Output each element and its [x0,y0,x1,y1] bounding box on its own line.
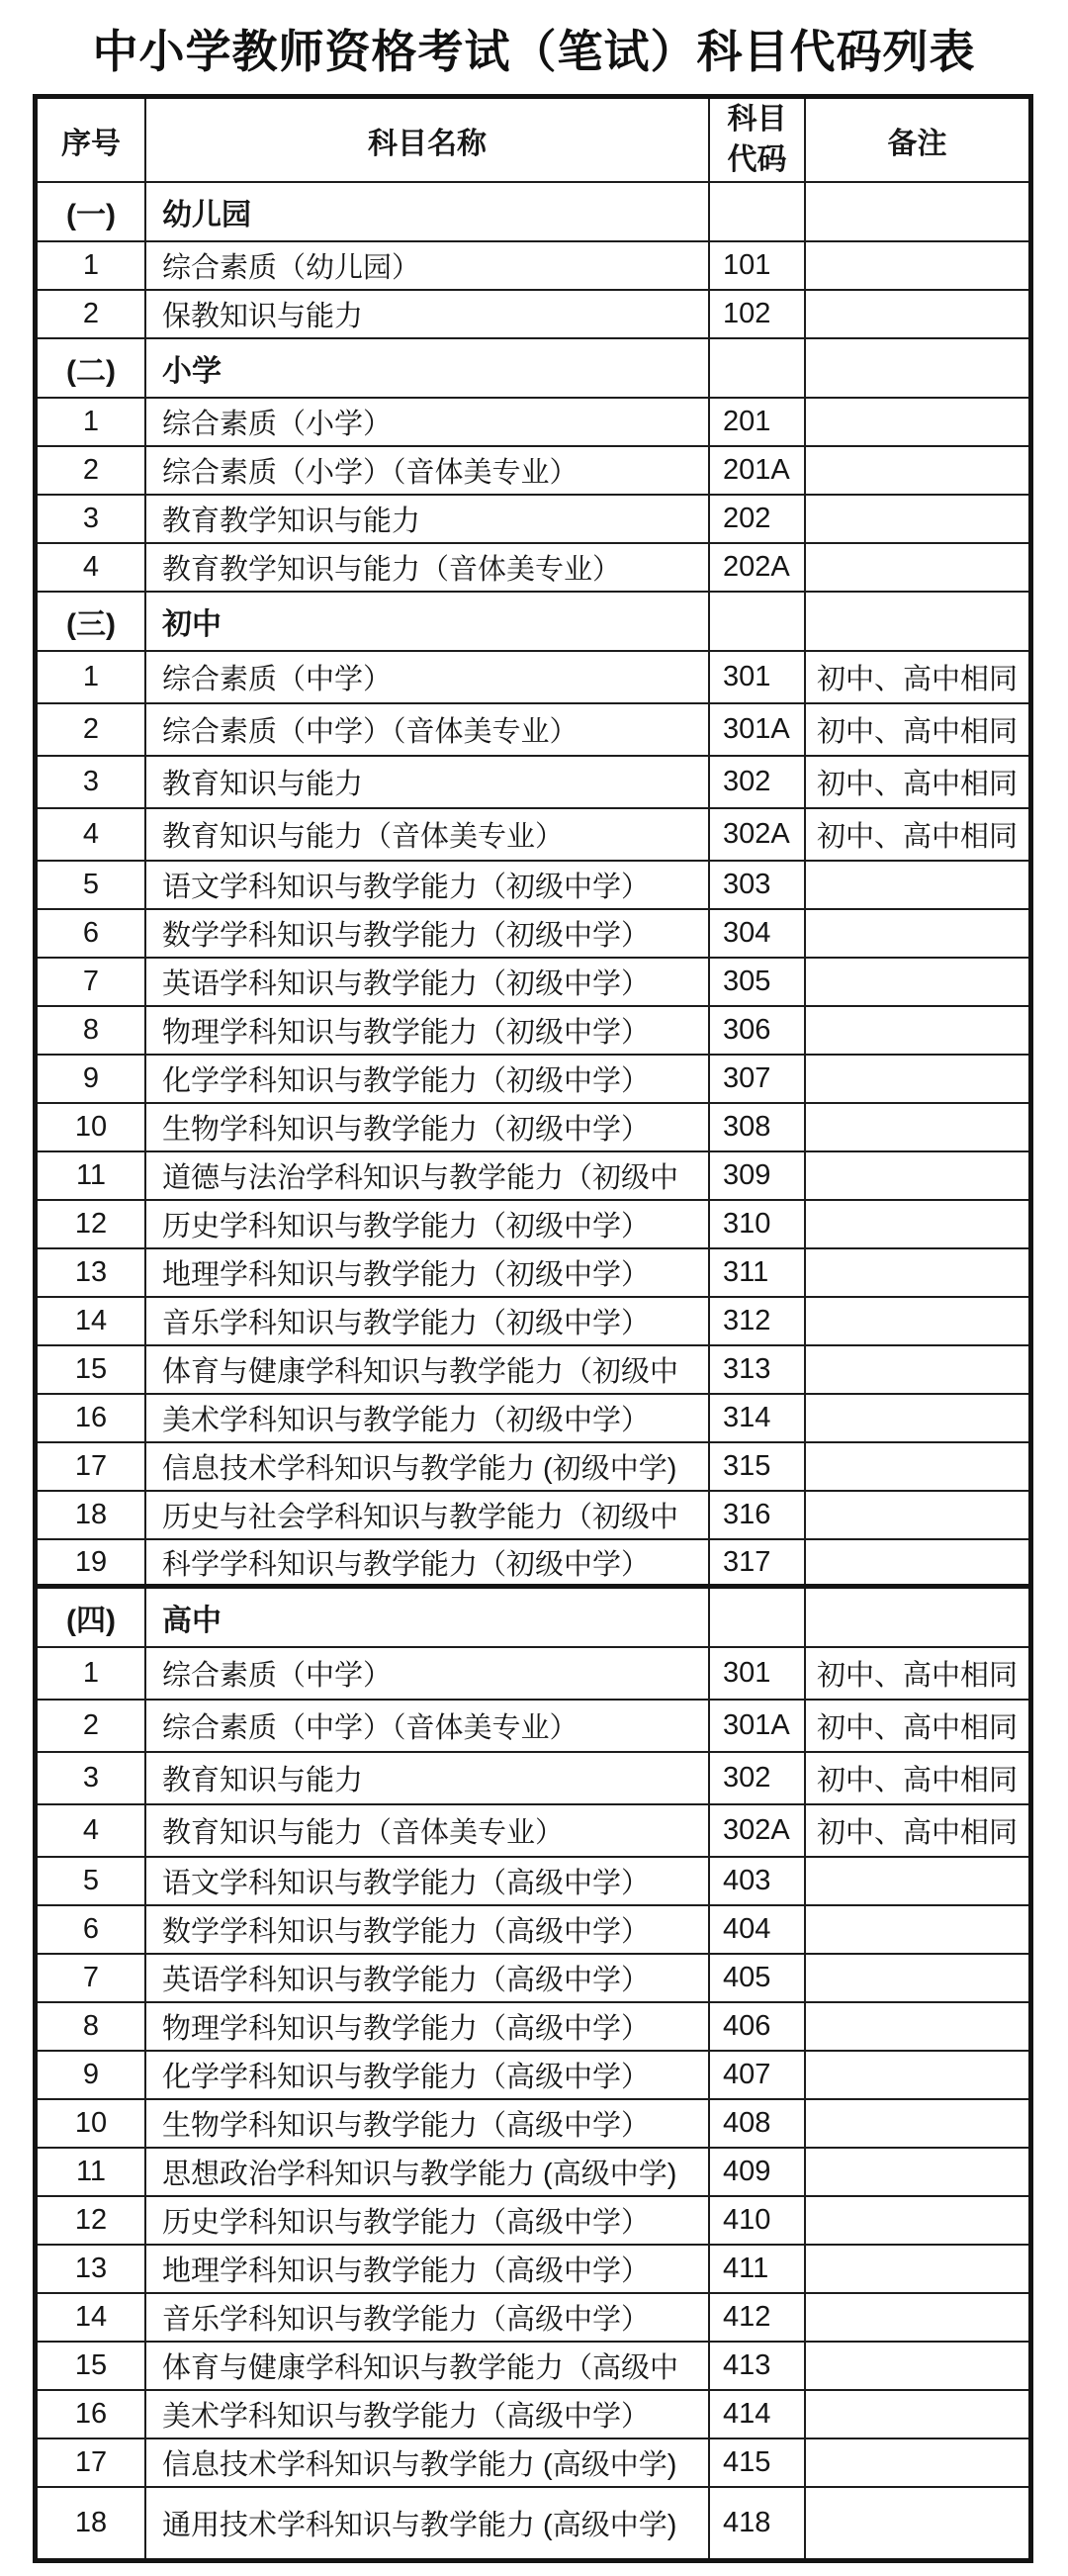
cell-remark: 初中、高中相同 [806,757,1028,807]
table-row: 13地理学科知识与教学能力（初级中学）311 [38,1249,1028,1298]
cell-subject-code: 418 [710,2488,806,2558]
cell-remark [806,1201,1028,1247]
cell-remark [806,291,1028,337]
cell-subject-code [710,339,806,397]
cell-remark [806,2197,1028,2244]
cell-no: 17 [38,1443,146,1490]
cell-subject-code: 404 [710,1906,806,1953]
cell-remark [806,496,1028,542]
table-row: 10生物学科知识与教学能力（高级中学）408 [38,2100,1028,2149]
cell-remark: 初中、高中相同 [806,1648,1028,1699]
cell-no: 5 [38,1858,146,1904]
table-row: 4教育知识与能力（音体美专业）302A初中、高中相同 [38,809,1028,862]
cell-subject-code: 311 [710,1249,806,1296]
cell-subject-name: 地理学科知识与教学能力（初级中学） [146,1249,710,1296]
cell-no: 2 [38,447,146,494]
cell-subject-name: 初中 [146,593,710,650]
cell-remark [806,2246,1028,2292]
cell-remark: 初中、高中相同 [806,704,1028,755]
table-row: 16美术学科知识与教学能力（高级中学）414 [38,2391,1028,2439]
table-row: 10生物学科知识与教学能力（初级中学）308 [38,1104,1028,1152]
cell-no: 11 [38,1152,146,1199]
cell-subject-code: 101 [710,242,806,289]
cell-subject-code: 301 [710,652,806,702]
page-title: 中小学教师资格考试（笔试）科目代码列表 [0,0,1068,81]
cell-remark: 初中、高中相同 [806,1753,1028,1803]
cell-subject-name: 通用技术学科知识与教学能力 (高级中学) [146,2488,710,2558]
cell-subject-name: 化学学科知识与教学能力（高级中学） [146,2052,710,2098]
cell-remark [806,1492,1028,1538]
cell-subject-code: 301A [710,1701,806,1751]
section-row: (一)幼儿园 [38,183,1028,242]
cell-subject-code: 410 [710,2197,806,2244]
table-row: 19科学学科知识与教学能力（初级中学）317 [38,1540,1028,1589]
cell-remark [806,2003,1028,2050]
cell-subject-name: 教育知识与能力（音体美专业） [146,1805,710,1856]
cell-subject-name: 历史与社会学科知识与教学能力（初级中 [146,1492,710,1538]
table-row: 11道德与法治学科知识与教学能力（初级中309 [38,1152,1028,1201]
cell-subject-code: 316 [710,1492,806,1538]
cell-subject-code: 312 [710,1298,806,1344]
cell-subject-code [710,593,806,650]
cell-no: 2 [38,291,146,337]
cell-subject-code: 415 [710,2439,806,2486]
cell-no: 18 [38,1492,146,1538]
cell-subject-code: 302A [710,1805,806,1856]
cell-no: 3 [38,757,146,807]
cell-subject-name: 数学学科知识与教学能力（初级中学） [146,910,710,957]
subject-code-table: 序号 科目名称 科目 代码 备注 (一)幼儿园1综合素质（幼儿园）1012保教知… [33,94,1033,2563]
cell-subject-code: 313 [710,1346,806,1393]
table-row: 18历史与社会学科知识与教学能力（初级中316 [38,1492,1028,1540]
cell-subject-code: 406 [710,2003,806,2050]
cell-subject-name: 综合素质（幼儿园） [146,242,710,289]
cell-subject-code: 306 [710,1007,806,1054]
cell-remark [806,183,1028,240]
cell-no: 8 [38,1007,146,1054]
cell-remark [806,2052,1028,2098]
table-row: 2综合素质（小学）（音体美专业）201A [38,447,1028,496]
cell-subject-code: 202 [710,496,806,542]
cell-no: 6 [38,910,146,957]
cell-subject-code: 315 [710,1443,806,1490]
cell-subject-name: 综合素质（中学）（音体美专业） [146,704,710,755]
cell-remark [806,1056,1028,1102]
table-row: 12历史学科知识与教学能力（高级中学）410 [38,2197,1028,2246]
table-row: 8物理学科知识与教学能力（初级中学）306 [38,1007,1028,1056]
cell-subject-code: 302A [710,809,806,860]
cell-remark [806,1906,1028,1953]
cell-subject-name: 教育知识与能力 [146,1753,710,1803]
cell-remark [806,1249,1028,1296]
table-row: 5语文学科知识与教学能力（高级中学）403 [38,1858,1028,1906]
cell-subject-code: 413 [710,2343,806,2389]
cell-subject-name: 地理学科知识与教学能力（高级中学） [146,2246,710,2292]
cell-no: 3 [38,496,146,542]
table-row: 17信息技术学科知识与教学能力 (高级中学)415 [38,2439,1028,2488]
cell-subject-name: 信息技术学科知识与教学能力 (高级中学) [146,2439,710,2486]
cell-remark [806,1152,1028,1199]
cell-subject-code: 317 [710,1540,806,1584]
cell-remark [806,2294,1028,2341]
table-row: 3教育知识与能力302初中、高中相同 [38,757,1028,809]
cell-remark: 初中、高中相同 [806,652,1028,702]
cell-no: 4 [38,809,146,860]
table-row: 2综合素质（中学）（音体美专业）301A初中、高中相同 [38,704,1028,757]
cell-remark [806,1540,1028,1584]
cell-no: 16 [38,2391,146,2438]
cell-subject-name: 教育知识与能力 [146,757,710,807]
cell-subject-name: 英语学科知识与教学能力（初级中学） [146,959,710,1005]
cell-subject-code: 301 [710,1648,806,1699]
table-row: 9化学学科知识与教学能力（初级中学）307 [38,1056,1028,1104]
header-cell-remark: 备注 [806,99,1028,181]
cell-remark [806,2439,1028,2486]
cell-no: 10 [38,2100,146,2147]
cell-subject-name: 物理学科知识与教学能力（高级中学） [146,2003,710,2050]
table-row: 4教育知识与能力（音体美专业）302A初中、高中相同 [38,1805,1028,1858]
cell-remark [806,1007,1028,1054]
table-row: 7英语学科知识与教学能力（高级中学）405 [38,1955,1028,2003]
cell-subject-name: 保教知识与能力 [146,291,710,337]
table-row: 6数学学科知识与教学能力（高级中学）404 [38,1906,1028,1955]
cell-subject-code: 408 [710,2100,806,2147]
table-body: (一)幼儿园1综合素质（幼儿园）1012保教知识与能力102(二)小学1综合素质… [38,183,1028,2558]
cell-no: 9 [38,1056,146,1102]
table-row: 15体育与健康学科知识与教学能力（高级中413 [38,2343,1028,2391]
cell-subject-code: 304 [710,910,806,957]
cell-remark [806,593,1028,650]
cell-no: 7 [38,959,146,1005]
cell-subject-code: 305 [710,959,806,1005]
cell-subject-code: 202A [710,544,806,591]
cell-subject-name: 综合素质（中学） [146,1648,710,1699]
cell-subject-code: 310 [710,1201,806,1247]
cell-no: (三) [38,593,146,650]
table-row: 16美术学科知识与教学能力（初级中学）314 [38,1395,1028,1443]
cell-subject-name: 科学学科知识与教学能力（初级中学） [146,1540,710,1584]
table-row: 14音乐学科知识与教学能力（高级中学）412 [38,2294,1028,2343]
cell-no: 1 [38,652,146,702]
cell-subject-name: 语文学科知识与教学能力（高级中学） [146,1858,710,1904]
table-row: 11思想政治学科知识与教学能力 (高级中学)409 [38,2149,1028,2197]
cell-subject-code: 414 [710,2391,806,2438]
cell-no: 16 [38,1395,146,1441]
cell-remark [806,2488,1028,2558]
cell-subject-code: 308 [710,1104,806,1150]
header-cell-name: 科目名称 [146,99,710,181]
cell-subject-code: 301A [710,704,806,755]
cell-remark [806,2343,1028,2389]
table-row: 9化学学科知识与教学能力（高级中学）407 [38,2052,1028,2100]
cell-subject-name: 教育知识与能力（音体美专业） [146,809,710,860]
cell-remark: 初中、高中相同 [806,1701,1028,1751]
cell-no: 5 [38,862,146,908]
section-row: (二)小学 [38,339,1028,399]
cell-remark [806,242,1028,289]
table-row: 6数学学科知识与教学能力（初级中学）304 [38,910,1028,959]
cell-subject-name: 教育教学知识与能力（音体美专业） [146,544,710,591]
cell-no: 9 [38,2052,146,2098]
cell-remark [806,2100,1028,2147]
cell-subject-name: 历史学科知识与教学能力（初级中学） [146,1201,710,1247]
cell-no: 6 [38,1906,146,1953]
cell-subject-name: 音乐学科知识与教学能力（初级中学） [146,1298,710,1344]
cell-subject-name: 音乐学科知识与教学能力（高级中学） [146,2294,710,2341]
cell-remark [806,1955,1028,2001]
table-row: 2综合素质（中学）（音体美专业）301A初中、高中相同 [38,1701,1028,1753]
cell-no: 10 [38,1104,146,1150]
table-row: 7英语学科知识与教学能力（初级中学）305 [38,959,1028,1007]
cell-subject-name: 信息技术学科知识与教学能力 (初级中学) [146,1443,710,1490]
cell-subject-name: 语文学科知识与教学能力（初级中学） [146,862,710,908]
cell-no: (一) [38,183,146,240]
cell-no: 19 [38,1540,146,1584]
cell-remark [806,959,1028,1005]
cell-no: 4 [38,544,146,591]
cell-no: 2 [38,1701,146,1751]
cell-remark [806,399,1028,445]
cell-subject-code: 411 [710,2246,806,2292]
table-row: 8物理学科知识与教学能力（高级中学）406 [38,2003,1028,2052]
table-row: 17信息技术学科知识与教学能力 (初级中学)315 [38,1443,1028,1492]
cell-subject-name: 思想政治学科知识与教学能力 (高级中学) [146,2149,710,2195]
cell-subject-name: 生物学科知识与教学能力（初级中学） [146,1104,710,1150]
cell-subject-name: 综合素质（中学）（音体美专业） [146,1701,710,1751]
cell-subject-code: 303 [710,862,806,908]
cell-no: 18 [38,2488,146,2558]
cell-subject-name: 综合素质（中学） [146,652,710,702]
cell-subject-name: 英语学科知识与教学能力（高级中学） [146,1955,710,2001]
table-row: 5语文学科知识与教学能力（初级中学）303 [38,862,1028,910]
cell-remark: 初中、高中相同 [806,1805,1028,1856]
cell-remark [806,1395,1028,1441]
cell-remark: 初中、高中相同 [806,809,1028,860]
cell-subject-name: 美术学科知识与教学能力（高级中学） [146,2391,710,2438]
cell-subject-name: 高中 [146,1589,710,1646]
cell-no: 14 [38,2294,146,2341]
cell-no: (四) [38,1589,146,1646]
cell-subject-code: 314 [710,1395,806,1441]
section-row: (三)初中 [38,593,1028,652]
table-row: 2保教知识与能力102 [38,291,1028,339]
cell-no: 17 [38,2439,146,2486]
table-row: 4教育教学知识与能力（音体美专业）202A [38,544,1028,593]
table-header-row: 序号 科目名称 科目 代码 备注 [38,99,1028,183]
cell-subject-name: 教育教学知识与能力 [146,496,710,542]
cell-no: 12 [38,1201,146,1247]
cell-remark [806,2391,1028,2438]
cell-remark [806,1589,1028,1646]
cell-no: 11 [38,2149,146,2195]
cell-subject-name: 化学学科知识与教学能力（初级中学） [146,1056,710,1102]
table-row: 1综合素质（中学）301初中、高中相同 [38,652,1028,704]
section-row: (四)高中 [38,1589,1028,1648]
cell-no: (二) [38,339,146,397]
cell-subject-code: 407 [710,2052,806,2098]
table-row: 14音乐学科知识与教学能力（初级中学）312 [38,1298,1028,1346]
cell-remark [806,447,1028,494]
cell-subject-name: 体育与健康学科知识与教学能力（初级中 [146,1346,710,1393]
cell-no: 12 [38,2197,146,2244]
header-cell-no: 序号 [38,99,146,181]
cell-subject-name: 幼儿园 [146,183,710,240]
cell-no: 1 [38,399,146,445]
cell-no: 3 [38,1753,146,1803]
cell-subject-name: 小学 [146,339,710,397]
cell-subject-code: 302 [710,757,806,807]
cell-subject-code: 201 [710,399,806,445]
cell-no: 15 [38,1346,146,1393]
cell-no: 4 [38,1805,146,1856]
cell-subject-code: 403 [710,1858,806,1904]
cell-subject-code: 309 [710,1152,806,1199]
cell-no: 13 [38,1249,146,1296]
table-row: 12历史学科知识与教学能力（初级中学）310 [38,1201,1028,1249]
table-row: 3教育教学知识与能力202 [38,496,1028,544]
table-row: 15体育与健康学科知识与教学能力（初级中313 [38,1346,1028,1395]
cell-subject-name: 生物学科知识与教学能力（高级中学） [146,2100,710,2147]
table-row: 18通用技术学科知识与教学能力 (高级中学)418 [38,2488,1028,2558]
cell-subject-name: 历史学科知识与教学能力（高级中学） [146,2197,710,2244]
cell-subject-code: 405 [710,1955,806,2001]
table-row: 1综合素质（小学）201 [38,399,1028,447]
cell-no: 15 [38,2343,146,2389]
cell-remark [806,1104,1028,1150]
table-row: 13地理学科知识与教学能力（高级中学）411 [38,2246,1028,2294]
cell-subject-name: 综合素质（小学）（音体美专业） [146,447,710,494]
cell-remark [806,544,1028,591]
cell-no: 14 [38,1298,146,1344]
cell-subject-code: 201A [710,447,806,494]
cell-remark [806,1858,1028,1904]
cell-remark [806,910,1028,957]
page: 中小学教师资格考试（笔试）科目代码列表 序号 科目名称 科目 代码 备注 (一)… [0,0,1068,2576]
cell-subject-code [710,183,806,240]
cell-subject-name: 道德与法治学科知识与教学能力（初级中 [146,1152,710,1199]
cell-subject-code: 409 [710,2149,806,2195]
cell-subject-name: 美术学科知识与教学能力（初级中学） [146,1395,710,1441]
cell-no: 1 [38,1648,146,1699]
cell-subject-name: 综合素质（小学） [146,399,710,445]
cell-remark [806,339,1028,397]
cell-subject-code: 102 [710,291,806,337]
cell-remark [806,1346,1028,1393]
cell-no: 2 [38,704,146,755]
cell-subject-name: 体育与健康学科知识与教学能力（高级中 [146,2343,710,2389]
cell-subject-code: 412 [710,2294,806,2341]
table-row: 3教育知识与能力302初中、高中相同 [38,1753,1028,1805]
cell-no: 8 [38,2003,146,2050]
cell-no: 7 [38,1955,146,2001]
cell-remark [806,1298,1028,1344]
header-cell-code: 科目 代码 [710,99,806,181]
table-row: 1综合素质（幼儿园）101 [38,242,1028,291]
cell-subject-code: 307 [710,1056,806,1102]
table-row: 1综合素质（中学）301初中、高中相同 [38,1648,1028,1701]
cell-no: 13 [38,2246,146,2292]
cell-subject-code [710,1589,806,1646]
cell-no: 1 [38,242,146,289]
cell-subject-name: 物理学科知识与教学能力（初级中学） [146,1007,710,1054]
cell-subject-code: 302 [710,1753,806,1803]
cell-remark [806,862,1028,908]
cell-remark [806,2149,1028,2195]
cell-remark [806,1443,1028,1490]
cell-subject-name: 数学学科知识与教学能力（高级中学） [146,1906,710,1953]
